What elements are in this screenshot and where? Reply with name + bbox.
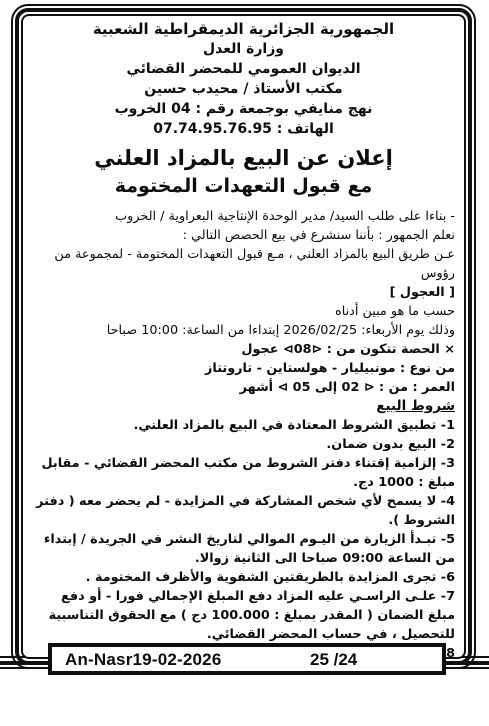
sale-method-line: عـن طريق البيع بالمزاد العلني ، مـع قبول…	[32, 245, 455, 283]
condition-2: 2- البيع بدون ضمان.	[32, 435, 455, 454]
request-line: - بناءا على طلب السيد/ مدير الوحدة الإنت…	[32, 207, 455, 226]
public-info-line: نعلم الجمهور : بأننا سنشرع في بيع الحصص …	[32, 226, 455, 245]
condition-4: 4- لا يسمح لأي شخص المشاركة في المزايدة …	[32, 492, 455, 530]
scanned-auction-notice: الجمهورية الجزائرية الديمقراطية الشعبية …	[0, 0, 489, 726]
notice-frame-inner: الجمهورية الجزائرية الديمقراطية الشعبية …	[21, 14, 466, 659]
auction-date-line: وذلك يوم الأربعاء: 2026/02/25 إبتداءا من…	[32, 321, 455, 340]
notice-title: إعلان عن البيع بالمزاد العلني	[32, 144, 455, 173]
condition-3: 3- إلزامية إقتناء دفتر الشروط من مكتب ال…	[32, 454, 455, 492]
publication-source-date: An-Nasr19-02-2026	[65, 650, 221, 670]
notice-body: - بناءا على طلب السيد/ مدير الوحدة الإنت…	[32, 207, 455, 659]
age-line: العمر : من : ⊲ 02 إلى 05 ⊳ أشهر	[32, 378, 455, 397]
calves-bracket: [ العجول ]	[32, 283, 455, 302]
lot-composition: × الحصة تتكون من : ⊲08⊳ عجول	[32, 340, 455, 359]
publication-page-ref: 25 /24	[310, 650, 357, 670]
notice-subtitle: مع قبول التعهدات المختومة	[32, 173, 455, 200]
publication-reference-box: An-Nasr19-02-2026 25 /24	[48, 643, 446, 675]
country-name: الجمهورية الجزائرية الديمقراطية الشعبية	[32, 19, 455, 39]
condition-5: 5- تبـدأ الزيارة من اليـوم الموالي لتاري…	[32, 530, 455, 568]
office-name: الديوان العمومي للمحضر القضائي	[32, 59, 455, 79]
condition-7: 7- علـى الراسـي عليه المزاد دفع المبلغ ا…	[32, 587, 455, 644]
condition-6: 6- تجرى المزايدة بالطريقتين الشفوية والأ…	[32, 568, 455, 587]
bureau-phone: الهاتف : 07.74.95.76.95	[32, 119, 455, 139]
condition-1: 1- تطبيق الشروط المعتادة في البيع بالمزا…	[32, 416, 455, 435]
bailiff-bureau: مكتب الأستاذ / محيدب حسين	[32, 79, 455, 99]
letterhead: الجمهورية الجزائرية الديمقراطية الشعبية …	[32, 19, 455, 139]
notice-frame-outer: الجمهورية الجزائرية الديمقراطية الشعبية …	[11, 4, 476, 669]
bureau-address: نهج منايفي بوجمعة رقم : 04 الخروب	[32, 99, 455, 119]
notice-frame-middle: الجمهورية الجزائرية الديمقراطية الشعبية …	[15, 8, 472, 665]
ministry-name: وزارة العدل	[32, 39, 455, 59]
breed-line: من نوع : مونبيليار - هولستاين - تاروتتاز	[32, 359, 455, 378]
as-shown-line: حسب ما هو مبين أدناه	[32, 302, 455, 321]
conditions-heading: شروط البيع	[32, 397, 455, 416]
